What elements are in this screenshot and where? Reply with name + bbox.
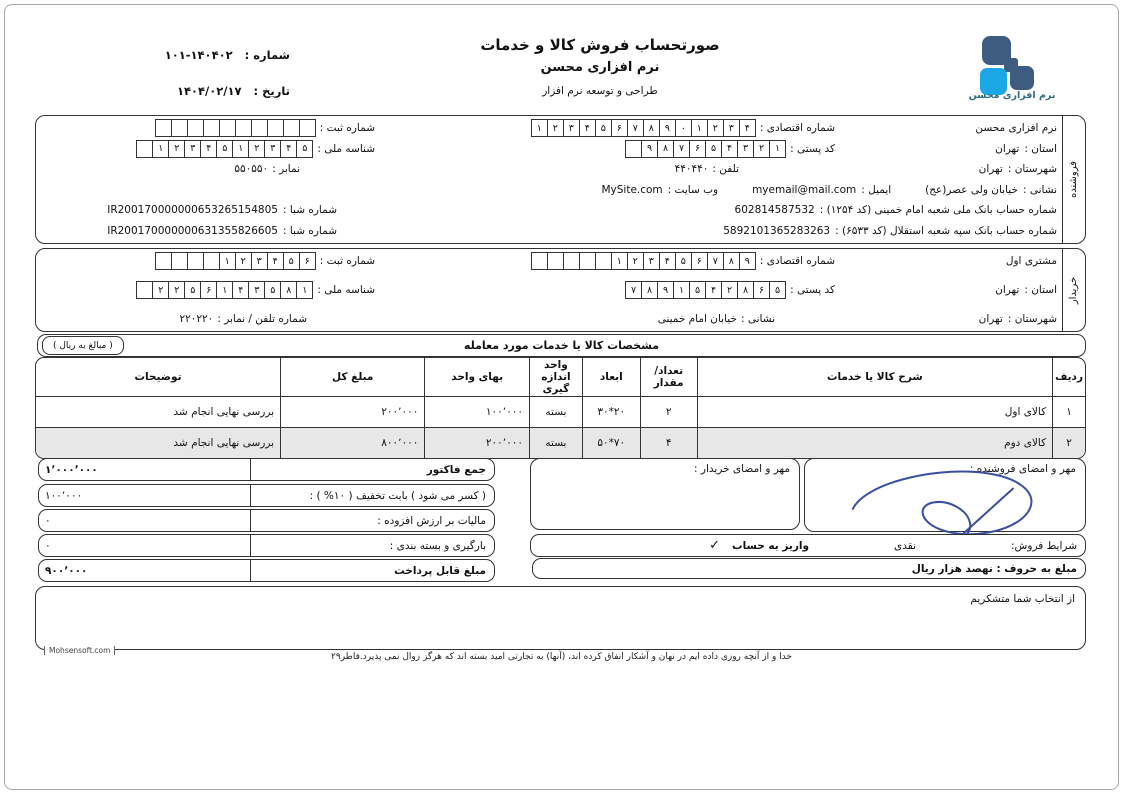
digit-cell: ۳ [264,140,281,158]
digit-cell: ۸ [657,140,674,158]
digit-cell [563,252,580,270]
digit-cell [203,252,220,270]
digit-cell: ۴ [579,119,596,137]
digit-cell: ۲ [152,281,169,299]
seller-phone-value: ۴۴۰۴۴۰ [675,163,709,175]
seller-fax-label: نمابر : [272,163,300,175]
cell-notes: بررسی نهایی انجام شد [36,397,281,428]
invoice-meta: شماره : ۱۰۱-۱۴۰۴۰۲ تاریخ : ۱۴۰۴/۰۲/۱۷ [80,48,290,120]
digit-cell: ۸ [643,119,660,137]
digit-cell: ۶ [200,281,217,299]
cell-dimensions: ۵۰*۷۰ [582,428,640,459]
digit-cell: ۱ [611,252,628,270]
summary-value: ۰ [39,535,251,556]
column-header-row_no: ردیف [1053,358,1085,397]
seller-county-value: تهران [979,163,1003,175]
digit-cell [136,281,153,299]
cell-description: کالای دوم [697,428,1053,459]
invoice-date-label: تاریخ : [254,84,290,98]
digit-cell: ۴ [659,252,676,270]
digit-cell: ۴ [267,252,284,270]
invoice-number: شماره : ۱۰۱-۱۴۰۴۰۲ [80,48,290,62]
digit-cell: ۸ [641,281,658,299]
column-header-unit: واحد اندازه گیری [530,358,583,397]
digit-cell: ۵ [769,281,786,299]
digit-cell: ۲ [707,119,724,137]
digit-cell: ۶ [689,140,706,158]
buyer-national-id-label: شناسه ملی : [317,284,375,296]
buyer-signature-box: مهر و امضای خریدار : [530,458,800,530]
seller-section: فروشنده نرم افزاری محسن شماره اقتصادی : … [35,115,1086,244]
buyer-reg-boxes: ۱۲۳۴۵۶ [155,252,316,270]
invoice-date: تاریخ : ۱۴۰۴/۰۲/۱۷ [80,84,290,98]
seller-website-label: وب سایت : [668,184,718,196]
buyer-province-label: استان : [1024,284,1057,296]
document-header: صورتحساب فروش کالا و خدمات نرم افزاری مح… [380,36,820,97]
column-header-dimensions: ابعاد [582,358,640,397]
seller-address-label: نشانی : [1023,184,1057,196]
thanks-box: از انتخاب شما متشکریم Mohsensoft.com [35,586,1086,650]
digit-cell [625,140,642,158]
summary-value: ۱٬۰۰۰٬۰۰۰ [39,459,251,480]
table-row: ۱کالای اول۲۳۰*۲۰بسته۱۰۰٬۰۰۰۲۰۰٬۰۰۰بررسی … [36,397,1085,428]
sale-terms-label: شرایط فروش: [1011,540,1077,552]
buyer-province-value: تهران [995,284,1019,296]
seller-sheba2-label: شماره شبا : [283,225,337,237]
digit-cell: ۳ [737,140,754,158]
digit-cell [267,119,284,137]
buyer-address-value: خیابان امام خمینی [658,313,737,325]
cell-unit_price: ۱۰۰٬۰۰۰ [425,397,530,428]
seller-bank2-label: شماره حساب بانک سپه شعبه استقلال (کد ۶۵۳… [835,225,1057,237]
seller-province-value: تهران [995,143,1019,155]
thanks-text: از انتخاب شما متشکریم [970,593,1075,605]
summary-row: ( کسر می شود ) بابت تخفیف ( ۱۰% ) :۱۰۰٬۰… [38,484,495,507]
digit-cell: ۴ [721,140,738,158]
digit-cell: ۵ [675,252,692,270]
digit-cell: ۵ [296,140,313,158]
digit-cell: ۵ [264,281,281,299]
items-table: ردیفشرح کالا یا خدماتتعداد/ مقدارابعادوا… [35,357,1086,459]
buyer-postal-boxes: ۷۸۹۱۵۴۲۸۶۵ [625,281,786,299]
digit-cell [171,252,188,270]
column-header-notes: توضیحات [36,358,281,397]
buyer-address-label: نشانی : [741,313,775,325]
buyer-county-value: تهران [979,313,1003,325]
seller-economic-boxes: ۱۲۳۴۵۶۷۸۹۰۱۲۳۴ [531,119,756,137]
logo-square-top [982,36,1011,65]
digit-cell: ۸ [723,252,740,270]
seller-postal-label: کد پستی : [790,143,835,155]
buyer-section: خریدار مشتری اول شماره اقتصادی : ۱۲۳۴۵۶۷… [35,248,1086,332]
digit-cell: ۱ [296,281,313,299]
digit-cell: ۶ [611,119,628,137]
digit-cell [187,119,204,137]
invoice-date-value: ۱۴۰۴/۰۲/۱۷ [177,84,242,98]
items-table-header-row: ردیفشرح کالا یا خدماتتعداد/ مقدارابعادوا… [36,358,1085,397]
summary-value: ۱۰۰٬۰۰۰ [39,485,251,506]
digit-cell: ۷ [707,252,724,270]
digit-cell [136,140,153,158]
digit-cell: ۳ [643,252,660,270]
seller-bank1-label: شماره حساب بانک ملی شعبه امام خمینی (کد … [820,204,1057,216]
invoice-number-label: شماره : [245,48,290,62]
digit-cell: ۱ [531,119,548,137]
digit-cell [235,119,252,137]
buyer-phone-fax-value: ۲۲۰۲۲۰ [179,313,213,325]
summary-label: مالیات بر ارزش افزوده : [251,515,494,527]
digit-cell: ۳ [248,281,265,299]
seller-section-strip: فروشنده [1062,116,1085,243]
digit-cell: ۷ [627,119,644,137]
digit-cell [531,252,548,270]
seller-postal-boxes: ۹۸۷۶۵۴۳۲۱ [625,140,786,158]
digit-cell [299,119,316,137]
buyer-national-id-boxes: ۲۲۵۶۱۴۳۵۸۱ [136,281,313,299]
digit-cell: ۷ [673,140,690,158]
digit-cell [187,252,204,270]
digit-cell: ۳ [184,140,201,158]
digit-cell: ۲ [168,140,185,158]
digit-cell: ۰ [675,119,692,137]
company-name: نرم افزاری محسن [380,60,820,75]
digit-cell: ۱ [216,281,233,299]
cell-unit: بسته [530,397,583,428]
seller-signature-box: مهر و امضای فروشنده : [804,458,1086,532]
digit-cell: ۲ [547,119,564,137]
digit-cell: ۴ [739,119,756,137]
digit-cell: ۴ [232,281,249,299]
digit-cell: ۹ [739,252,756,270]
cell-dimensions: ۳۰*۲۰ [582,397,640,428]
digit-cell: ۸ [737,281,754,299]
digit-cell: ۹ [657,281,674,299]
digit-cell: ۳ [251,252,268,270]
seller-name: نرم افزاری محسن [835,122,1057,134]
column-header-total: مبلغ کل [281,358,425,397]
digit-cell [579,252,596,270]
summary-value: ۹۰۰٬۰۰۰ [39,560,251,581]
digit-cell: ۶ [753,281,770,299]
digit-cell: ۵ [184,281,201,299]
digit-cell: ۹ [659,119,676,137]
cell-notes: بررسی نهایی انجام شد [36,428,281,459]
cell-unit_price: ۲۰۰٬۰۰۰ [425,428,530,459]
sale-terms-cash-option: نقدی [894,540,916,552]
digit-cell [219,119,236,137]
digit-cell [547,252,564,270]
seller-bank1-number: 602814587532 [735,204,815,216]
seller-national-id-boxes: ۱۲۳۴۵۱۲۳۴۵ [136,140,313,158]
buyer-economic-boxes: ۱۲۳۴۵۶۷۸۹ [531,252,756,270]
digit-cell: ۴ [280,140,297,158]
summary-value: ۰ [39,510,251,531]
summary-label: بارگیری و بسته بندی : [251,540,494,552]
buyer-section-label: خریدار [1069,276,1080,303]
buyer-postal-label: کد پستی : [790,284,835,296]
digit-cell: ۱ [769,140,786,158]
digit-cell: ۵ [705,140,722,158]
digit-cell: ۱ [232,140,249,158]
seller-sheba1-label: شماره شبا : [283,204,337,216]
seller-sheba1-number: IR200170000000653265154805 [107,204,278,216]
column-header-qty: تعداد/ مقدار [640,358,697,397]
sale-terms-row: شرایط فروش: نقدی واریز به حساب ✓ [530,534,1086,557]
digit-cell: ۷ [625,281,642,299]
seller-bank2-number: 5892101365283263 [723,225,830,237]
amount-in-words-row: مبلغ به حروف : نهصد هزار ریال [532,558,1086,579]
table-row: ۲کالای دوم۴۵۰*۷۰بسته۲۰۰٬۰۰۰۸۰۰٬۰۰۰بررسی … [36,428,1085,459]
seller-reg-boxes [155,119,316,137]
digit-cell: ۲ [248,140,265,158]
digit-cell [595,252,612,270]
digit-cell [203,119,220,137]
seller-phone-label: تلفن : [712,163,739,175]
buyer-county-label: شهرستان : [1008,313,1057,325]
summary-row: مالیات بر ارزش افزوده :۰ [38,509,495,532]
column-header-unit_price: بهای واحد [425,358,530,397]
digit-cell: ۶ [691,252,708,270]
buyer-phone-fax-label: شماره تلفن / نمابر : [217,313,307,325]
cell-qty: ۲ [640,397,697,428]
buyer-economic-label: شماره اقتصادی : [760,255,835,267]
digit-cell [251,119,268,137]
seller-economic-label: شماره اقتصادی : [760,122,835,134]
digit-cell: ۲ [235,252,252,270]
digit-cell [171,119,188,137]
cell-description: کالای اول [697,397,1053,428]
summary-row: مبلغ قابل پرداخت۹۰۰٬۰۰۰ [38,559,495,582]
column-header-description: شرح کالا یا خدمات [697,358,1053,397]
seller-website-value: MySite.com [601,184,662,196]
digit-cell: ۵ [216,140,233,158]
logo-square-right [1010,66,1034,90]
footer-verse: خدا و از آنچه روزی داده ایم در نهان و آش… [0,652,1123,662]
seller-section-label: فروشنده [1068,161,1079,198]
cell-row_no: ۲ [1053,428,1085,459]
cell-total: ۲۰۰٬۰۰۰ [281,397,425,428]
items-table-title-bar: مشخصات کالا یا خدمات مورد معامله ( مبالغ… [37,334,1086,357]
digit-cell [155,252,172,270]
digit-cell: ۲ [721,281,738,299]
seller-sheba2-number: IR200170000000631355826605 [107,225,278,237]
digit-cell: ۴ [200,140,217,158]
digit-cell: ۱ [152,140,169,158]
buyer-section-strip: خریدار [1062,249,1085,331]
currency-note: ( مبالغ به ریال ) [42,336,124,355]
items-table-title: مشخصات کالا یا خدمات مورد معامله [464,339,659,352]
summary-label: مبلغ قابل پرداخت [251,565,494,577]
digit-cell: ۳ [563,119,580,137]
buyer-name: مشتری اول [835,255,1057,267]
cell-total: ۸۰۰٬۰۰۰ [281,428,425,459]
digit-cell: ۲ [753,140,770,158]
seller-reg-label: شماره ثبت : [320,122,375,134]
page-title: صورتحساب فروش کالا و خدمات [380,36,820,54]
seller-fax-value: ۵۵۰۵۵۰ [234,163,268,175]
digit-cell: ۳ [723,119,740,137]
cell-row_no: ۱ [1053,397,1085,428]
digit-cell: ۹ [641,140,658,158]
amount-in-words-text: مبلغ به حروف : نهصد هزار ریال [912,563,1077,575]
digit-cell: ۲ [627,252,644,270]
digit-cell: ۶ [299,252,316,270]
digit-cell: ۵ [689,281,706,299]
digit-cell: ۱ [219,252,236,270]
seller-province-label: استان : [1024,143,1057,155]
digit-cell: ۱ [691,119,708,137]
checkmark-icon: ✓ [709,538,720,553]
sale-terms-deposit-option: واریز به حساب [732,540,809,552]
digit-cell [283,119,300,137]
digit-cell: ۴ [705,281,722,299]
digit-cell: ۱ [673,281,690,299]
invoice-number-value: ۱۰۱-۱۴۰۴۰۲ [165,48,233,62]
summary-row: بارگیری و بسته بندی :۰ [38,534,495,557]
seller-email-label: ایمیل : [861,184,891,196]
digit-cell: ۲ [168,281,185,299]
logo-caption: نرم افزاری محسن [952,90,1072,101]
cell-qty: ۴ [640,428,697,459]
cell-unit: بسته [530,428,583,459]
seller-national-id-label: شناسه ملی : [317,143,375,155]
summary-label: ( کسر می شود ) بابت تخفیف ( ۱۰% ) : [251,490,494,502]
company-tagline: طراحی و توسعه نرم افزار [380,85,820,97]
summary-row: جمع فاکتور۱٬۰۰۰٬۰۰۰ [38,458,495,481]
summary-label: جمع فاکتور [251,464,494,476]
digit-cell: ۵ [595,119,612,137]
seller-email-value: myemail@mail.com [752,184,856,196]
digit-cell [155,119,172,137]
digit-cell: ۵ [283,252,300,270]
buyer-signature-label: مهر و امضای خریدار : [694,463,790,475]
seller-address-value: خیابان ولی عصر(عج) [925,184,1018,196]
digit-cell: ۸ [280,281,297,299]
seller-county-label: شهرستان : [1008,163,1057,175]
buyer-reg-label: شماره ثبت : [320,255,375,267]
